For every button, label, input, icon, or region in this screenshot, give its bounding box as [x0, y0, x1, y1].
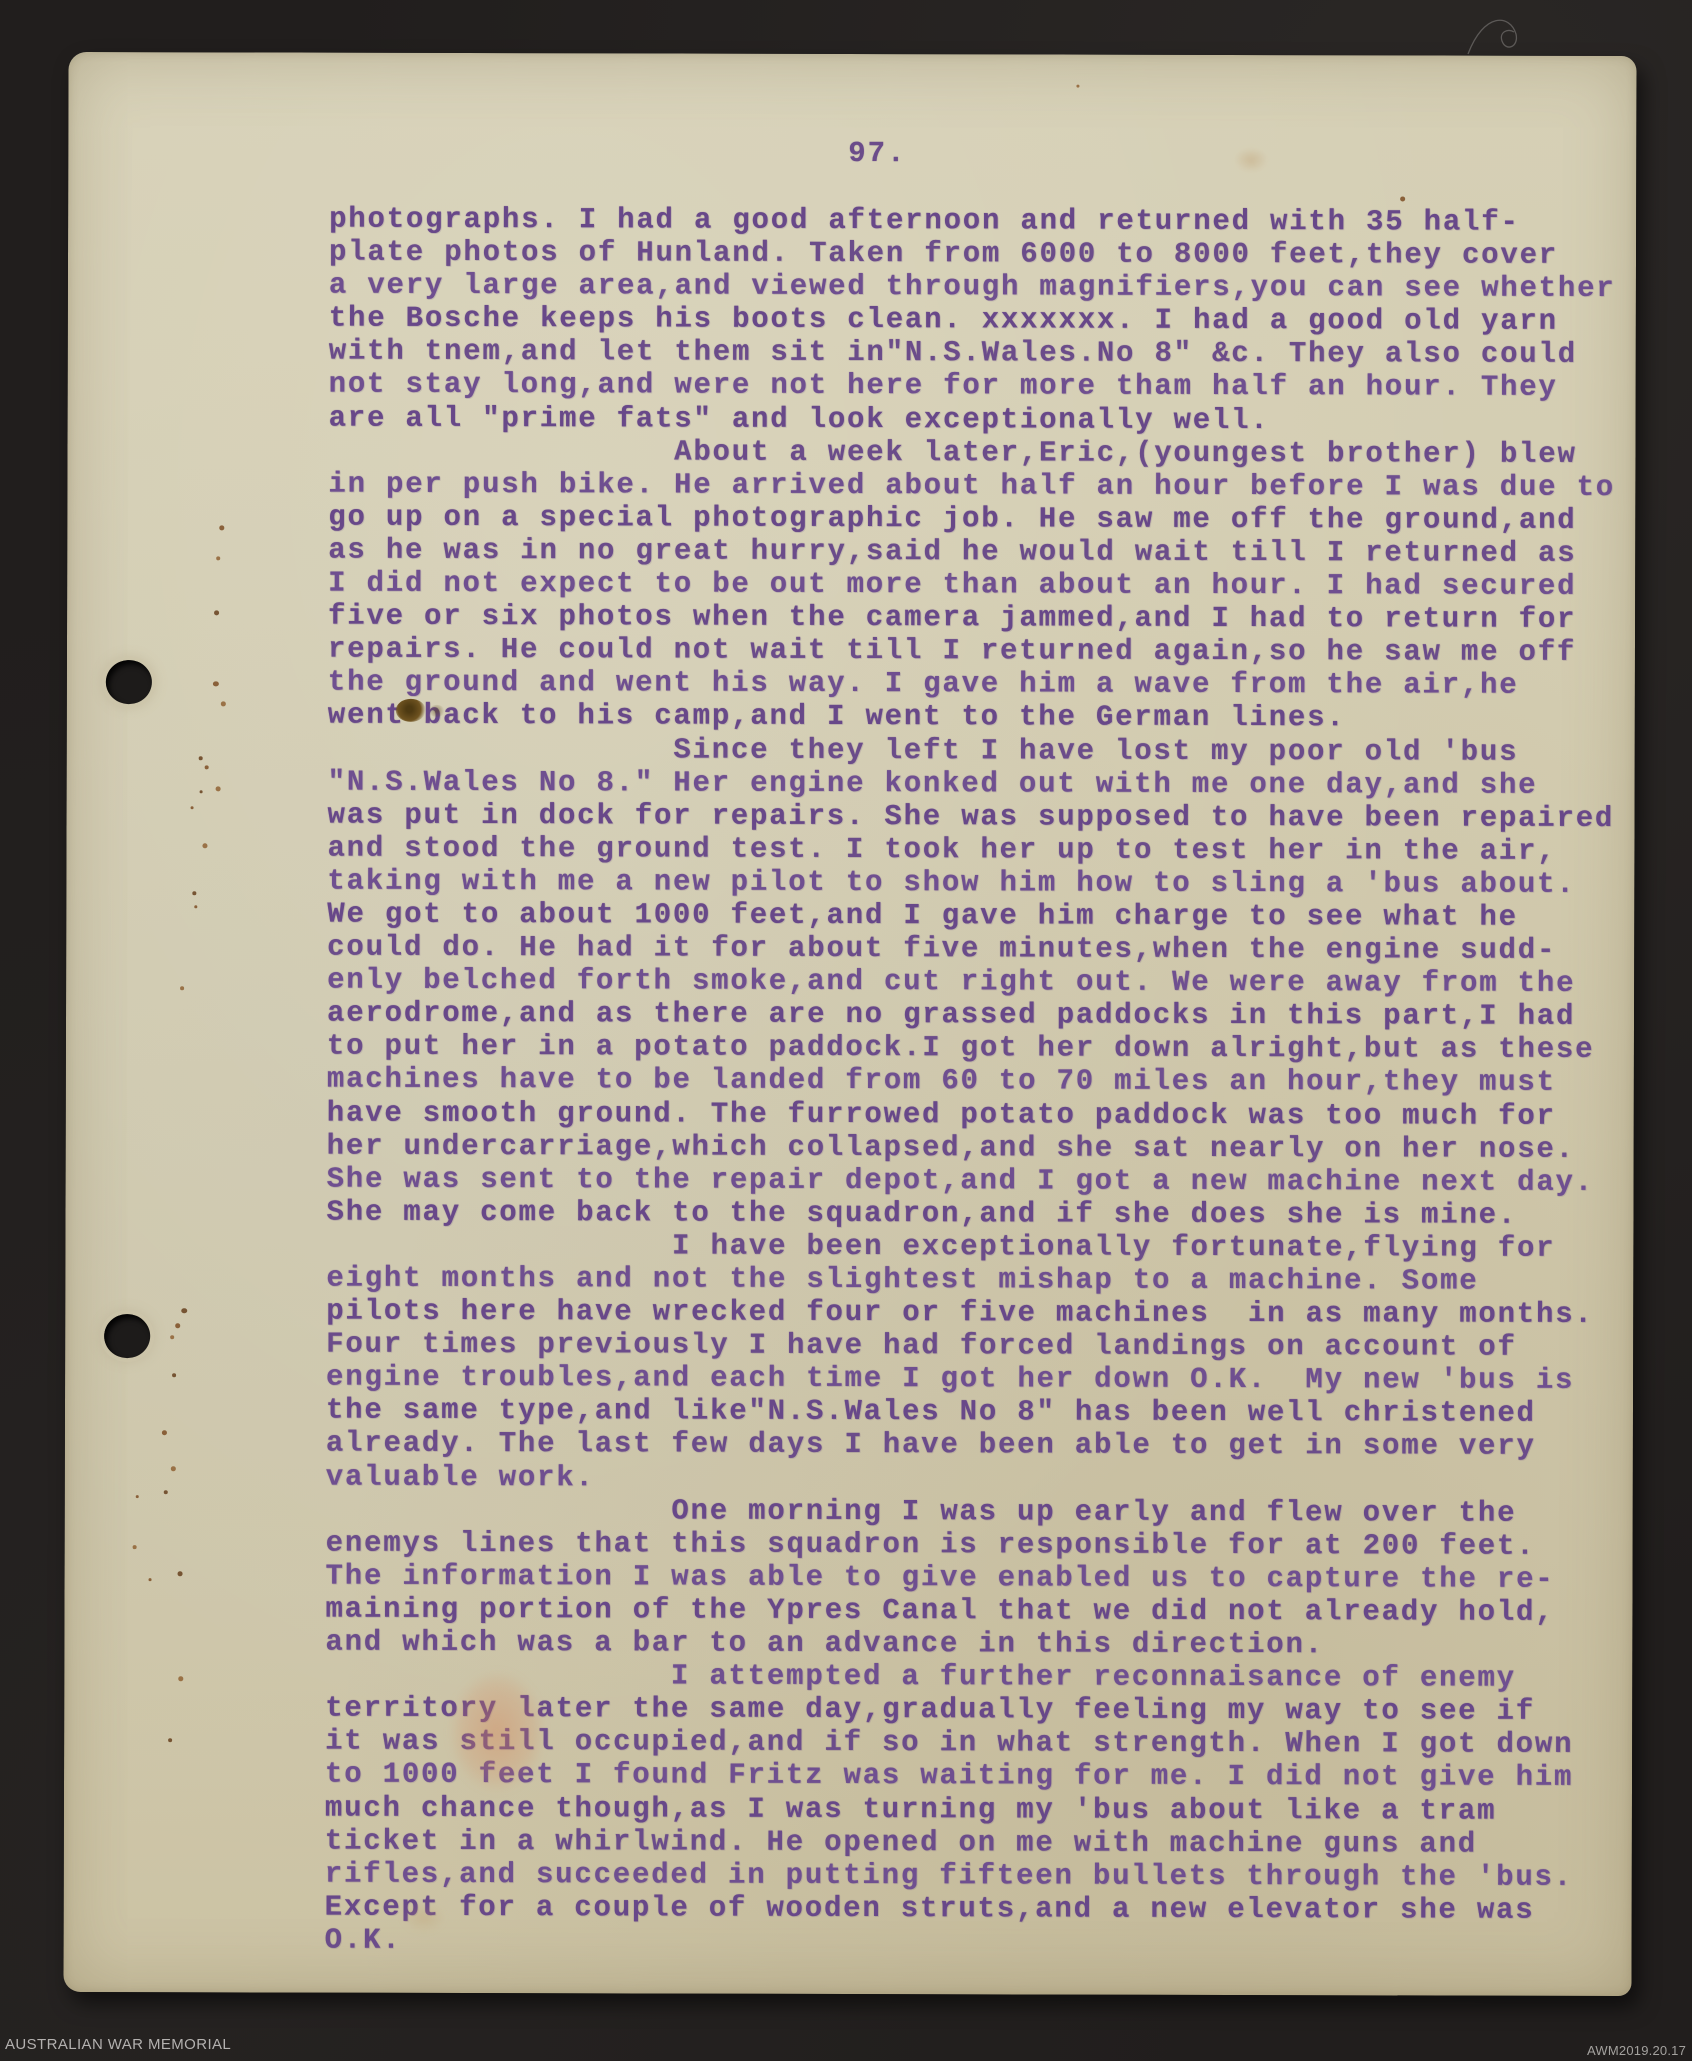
foxing-speck	[133, 1545, 137, 1549]
foxing-speck	[178, 1676, 183, 1681]
foxing-speck	[219, 525, 224, 530]
text-line: rifles,and succeeded in putting fifteen …	[325, 1857, 1612, 1893]
text-line: enemys lines that this squadron is respo…	[326, 1526, 1613, 1562]
text-line: as he was in no great hurry,said he woul…	[328, 534, 1615, 570]
archive-id-label: AWM2019.20.17	[1587, 2043, 1686, 2058]
tan-stain	[1228, 143, 1274, 177]
foxing-speck	[181, 1308, 187, 1313]
text-line: maining portion of the Ypres Canal that …	[325, 1593, 1612, 1629]
foxing-speck	[214, 610, 219, 615]
text-line: enly belched forth smoke,and cut right o…	[327, 964, 1614, 1000]
foxing-speck	[191, 806, 194, 809]
foxing-speck	[171, 1466, 176, 1471]
text-line: She was sent to the repair depot,and I g…	[327, 1162, 1614, 1198]
punch-hole-bottom	[104, 1314, 150, 1358]
text-line: in per push bike. He arrived about half …	[328, 467, 1615, 503]
text-line: plate photos of Hunland. Taken from 6000…	[329, 236, 1616, 272]
text-line: The information I was able to give enabl…	[326, 1559, 1613, 1595]
text-line: We got to about 1000 feet,and I gave him…	[327, 898, 1614, 934]
foxing-speck	[216, 556, 220, 560]
foxing-speck	[149, 1578, 152, 1581]
text-line: repairs. He could not wait till I return…	[328, 633, 1615, 669]
text-line: the same type,and like"N.S.Wales No 8" h…	[326, 1394, 1613, 1430]
text-line: photographs. I had a good afternoon and …	[329, 203, 1616, 239]
punch-hole-top	[106, 660, 152, 704]
text-line: valuable work.	[326, 1460, 1613, 1496]
text-line: eight months and not the slightest misha…	[326, 1262, 1613, 1298]
text-line: already. The last few days I have been a…	[326, 1427, 1613, 1463]
orange-stain	[432, 1649, 562, 1814]
text-line: a very large area,and viewed through mag…	[329, 269, 1616, 305]
foxing-dots	[69, 52, 1637, 56]
ink-stain	[396, 699, 426, 722]
text-line: the Bosche keeps his boots clean. xxxxxx…	[329, 302, 1616, 338]
ink-stain-small	[429, 705, 445, 717]
foxing-speck	[180, 986, 184, 990]
text-line: machines have to be landed from 60 to 70…	[327, 1063, 1614, 1099]
archive-credit-label: AUSTRALIAN WAR MEMORIAL	[5, 2036, 231, 2053]
text-line: I did not expect to be out more than abo…	[328, 567, 1615, 603]
text-line: taking with me a new pilot to show him h…	[327, 865, 1614, 901]
foxing-speck	[199, 756, 203, 760]
text-line: O.K.	[325, 1924, 1612, 1960]
text-line: "N.S.Wales No 8." Her engine konked out …	[328, 765, 1615, 801]
dust-fiber	[1462, 6, 1552, 62]
foxing-speck	[136, 1495, 139, 1498]
foxing-speck	[1076, 85, 1079, 88]
text-line: About a week later,Eric,(youngest brothe…	[328, 434, 1615, 470]
foxing-speck	[162, 1430, 167, 1435]
text-line: ticket in a whirlwind. He opened on me w…	[325, 1824, 1612, 1860]
text-line: the ground and went his way. I gave him …	[328, 666, 1615, 702]
foxing-speck	[205, 765, 209, 769]
text-line: Since they left I have lost my poor old …	[328, 732, 1615, 768]
text-line: pilots here have wrecked four or five ma…	[326, 1295, 1613, 1331]
bottom-stain	[394, 1898, 454, 1938]
scanned-document-page: { "page": { "page_number": "97.", "lines…	[0, 0, 1692, 2061]
foxing-speck	[178, 1571, 183, 1576]
foxing-speck	[221, 701, 226, 706]
text-line: have smooth ground. The furrowed potato …	[327, 1096, 1614, 1132]
paper-sheet: 97. photographs. I had a good afternoon …	[63, 52, 1636, 1996]
text-line: not stay long,and were not here for more…	[329, 368, 1616, 404]
foxing-speck	[172, 1373, 176, 1377]
foxing-speck	[192, 891, 196, 895]
text-line: Except for a couple of wooden struts,and…	[325, 1890, 1612, 1926]
text-line: to put her in a potato paddock.I got her…	[327, 1030, 1614, 1066]
text-line: engine troubles,and each time I got her …	[326, 1361, 1613, 1397]
text-line: go up on a special photographic job. He …	[328, 500, 1615, 536]
text-line: and stood the ground test. I took her up…	[327, 831, 1614, 867]
page-number: 97.	[848, 137, 906, 170]
foxing-speck	[164, 1490, 168, 1494]
text-line: She may come back to the squadron,and if…	[326, 1195, 1613, 1231]
foxing-speck	[213, 681, 219, 686]
foxing-speck	[216, 786, 221, 791]
text-line: went back to his camp,and I went to the …	[328, 699, 1615, 735]
foxing-speck	[168, 1738, 172, 1742]
foxing-speck	[170, 1335, 174, 1339]
text-line: I have been exceptionally fortunate,flyi…	[326, 1229, 1613, 1265]
text-line: Four times previously I have had forced …	[326, 1328, 1613, 1364]
text-line: One morning I was up early and flew over…	[326, 1493, 1613, 1529]
text-line: could do. He had it for about five minut…	[327, 931, 1614, 967]
foxing-speck	[202, 843, 207, 848]
text-line: are all "prime fats" and look exceptiona…	[329, 401, 1616, 437]
text-line: aerodrome,and as there are no grassed pa…	[327, 997, 1614, 1033]
foxing-speck	[200, 790, 203, 793]
text-line: five or six photos when the camera jamme…	[328, 600, 1615, 636]
foxing-speck	[1400, 196, 1405, 201]
text-line: was put in dock for repairs. She was sup…	[328, 798, 1615, 834]
foxing-speck	[194, 905, 197, 908]
text-line: with tnem,and let them sit in"N.S.Wales.…	[329, 335, 1616, 371]
text-line: her undercarriage,which collapsed,and sh…	[327, 1129, 1614, 1165]
foxing-speck	[175, 1323, 180, 1328]
